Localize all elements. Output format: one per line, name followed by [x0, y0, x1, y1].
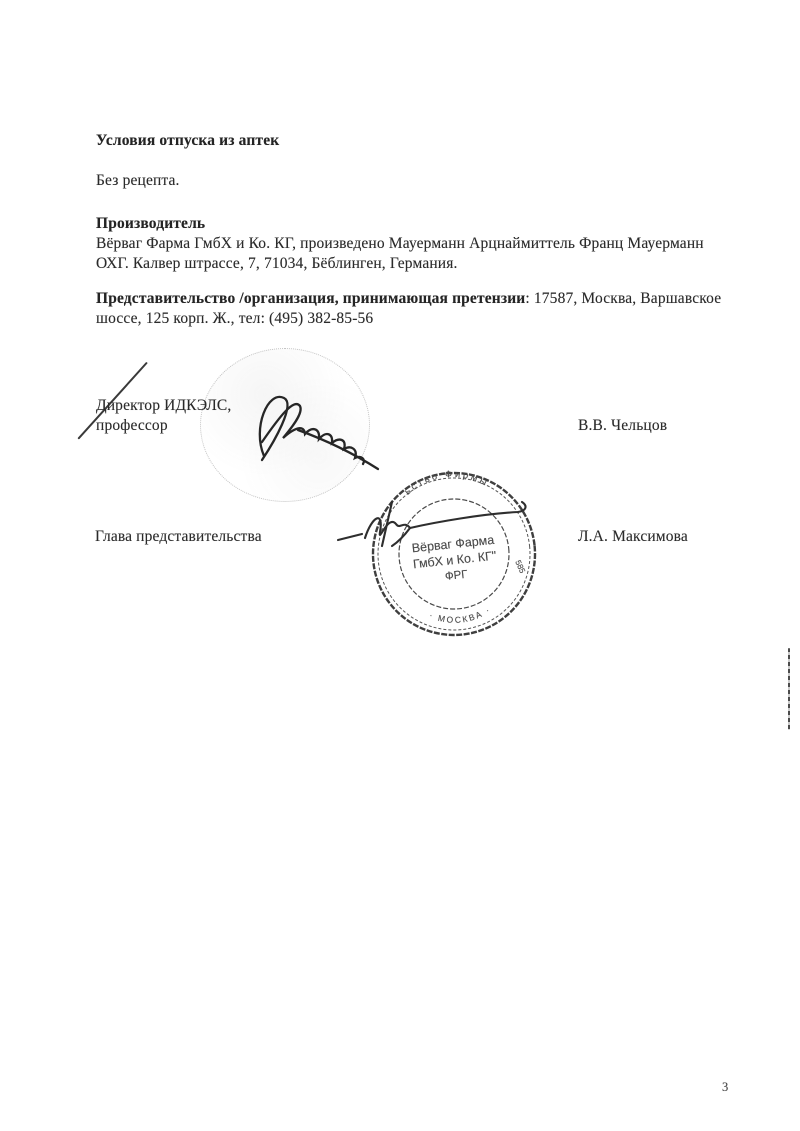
representative-tail: : 17587, Москва, Варшавское: [525, 290, 721, 307]
head-name: Л.А. Максимова: [578, 527, 688, 547]
head-title: Глава представительства: [95, 527, 262, 547]
director-title-line1: Директор ИДКЭЛС,: [96, 396, 231, 416]
director-name: В.В. Чельцов: [578, 416, 667, 436]
representative-heading: Представительство /организация, принимаю…: [96, 290, 525, 307]
scan-edge-artifact: [788, 648, 790, 730]
scanned-document-page: Условия отпуска из аптек Без рецепта. Пр…: [0, 0, 800, 1131]
dispensing-heading: Условия отпуска из аптек: [96, 131, 279, 151]
manufacturer-heading: Производитель: [96, 214, 746, 234]
director-title-line2: профессор: [96, 416, 231, 436]
dispensing-body: Без рецепта.: [96, 171, 180, 191]
manufacturer-block: Производитель Вёрваг Фарма ГмбХ и Ко. КГ…: [96, 214, 746, 274]
representative-block: Представительство /организация, принимаю…: [96, 289, 756, 329]
stamp-center-line3: ФРГ: [444, 569, 469, 583]
head-signature-ink: [332, 492, 542, 562]
manufacturer-line1: Вёрваг Фарма ГмбХ и Ко. КГ, произведено …: [96, 234, 746, 254]
page-number: 3: [722, 1080, 728, 1095]
director-signature-ink: [228, 372, 388, 477]
director-title: Директор ИДКЭЛС, профессор: [96, 396, 231, 436]
manufacturer-line2: ОХГ. Калвер штрассе, 7, 71034, Бёблинген…: [96, 254, 746, 274]
representative-line2: шоссе, 125 корп. Ж., тел: (495) 382-85-5…: [96, 309, 756, 329]
